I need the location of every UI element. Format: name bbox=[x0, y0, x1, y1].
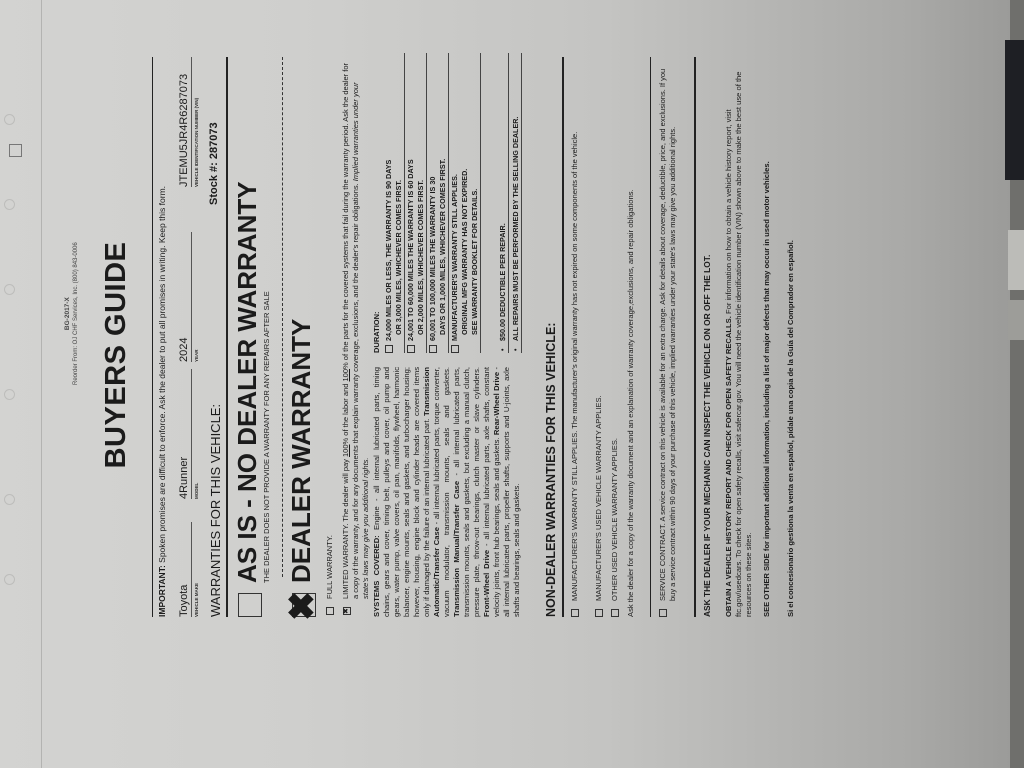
non-dealer-option[interactable]: MANUFACTURER'S WARRANTY STILL APPLIES. T… bbox=[570, 57, 580, 617]
background-object bbox=[1008, 300, 1024, 340]
vehicle-make-label: VEHICLE MAKE bbox=[194, 522, 199, 617]
vehicle-make-value: Toyota bbox=[178, 522, 192, 617]
background-object bbox=[1005, 40, 1024, 180]
vin-field[interactable]: JTEMU5JR4R6287073 VEHICLE IDENTIFICATION… bbox=[178, 57, 199, 187]
binder-margin-line bbox=[41, 0, 42, 768]
vehicle-year-field[interactable]: 2024 YEAR bbox=[178, 232, 199, 362]
labor-percent: 100 bbox=[341, 444, 350, 457]
option-label: OTHER USED VEHICLE WARRANTY APPLIES. bbox=[610, 57, 620, 617]
duration-line: DAYS OR 1,000 MILES, WHICHEVER COMES FIR… bbox=[438, 53, 448, 341]
see-other-side: SEE OTHER SIDE for important additional … bbox=[762, 57, 772, 617]
limited-warranty-text-part: % of the labor and bbox=[341, 384, 350, 445]
background-object bbox=[1008, 230, 1024, 290]
important-notice: IMPORTANT: Spoken promises are difficult… bbox=[152, 57, 167, 617]
duration-line: 60,001 TO 100,000 MILES THE WARRANTY IS … bbox=[428, 177, 437, 341]
punch-hole bbox=[4, 574, 15, 585]
duration-label: DURATION: bbox=[372, 311, 381, 353]
service-contract[interactable]: SERVICE CONTRACT. A service contract on … bbox=[658, 57, 678, 617]
punch-hole bbox=[4, 494, 15, 505]
spacer bbox=[482, 53, 496, 353]
duration-option[interactable]: 60,001 TO 100,000 MILES THE WARRANTY IS … bbox=[428, 53, 449, 353]
vehicle-info-row: Toyota VEHICLE MAKE 4Runner MODEL 2024 Y… bbox=[178, 57, 208, 617]
rwd-label: Rear-Wheel Drive bbox=[492, 372, 501, 435]
vehicle-model-label: MODEL bbox=[194, 369, 199, 499]
duration-line: 24,000 MILES OR LESS, THE WARRANTY IS 90… bbox=[384, 160, 393, 341]
vehicle-history-label: OBTAIN A VEHICLE HISTORY REPORT AND CHEC… bbox=[724, 316, 733, 617]
duration-option[interactable]: 24,001 TO 60,000 MILES THE WARRANTY IS 6… bbox=[406, 53, 427, 353]
option-label: MANUFACTURER'S WARRANTY STILL APPLIES. bbox=[570, 431, 579, 601]
duration-line: OR 2,000 MILES, WHICHEVER COMES FIRST. bbox=[416, 53, 426, 341]
fwd-label: Front-Wheel Drive bbox=[482, 550, 491, 617]
option-text: The manufacturer's original warranty has… bbox=[570, 132, 579, 429]
checkmark-x-icon: ✖ bbox=[284, 591, 320, 621]
punch-hole bbox=[4, 199, 15, 210]
repairs-bullet: ALL REPAIRS MUST BE PERFORMED BY THE SEL… bbox=[511, 53, 522, 353]
vehicle-model-value: 4Runner bbox=[178, 369, 192, 499]
divider bbox=[694, 57, 696, 617]
limited-warranty-label: LIMITED WARRANTY. bbox=[341, 524, 350, 599]
reorder-line: Reorder From: OJ CHF Services, Inc. (800… bbox=[73, 242, 79, 385]
spanish-notice: Si el concesionario gestiona la venta en… bbox=[786, 57, 796, 617]
buyers-guide-form: BG-2017-X Reorder From: OJ CHF Services,… bbox=[60, 25, 940, 635]
limited-warranty-text-part: The dealer will pay bbox=[341, 459, 350, 522]
vehicle-year-label: YEAR bbox=[194, 232, 199, 362]
warranties-heading: WARRANTIES FOR THIS VEHICLE: bbox=[208, 404, 223, 617]
duration-option[interactable]: 24,000 MILES OR LESS, THE WARRANTY IS 90… bbox=[384, 53, 405, 353]
form-id: BG-2017-X Reorder From: OJ CHF Services,… bbox=[64, 242, 80, 385]
page-title: BUYERS GUIDE bbox=[100, 75, 133, 635]
vin-value: JTEMU5JR4R6287073 bbox=[178, 57, 192, 187]
non-dealer-heading: NON-DEALER WARRANTIES FOR THIS VEHICLE: bbox=[544, 323, 558, 617]
limited-warranty-checkbox[interactable] bbox=[343, 607, 351, 615]
deductible-bullet: $50.00 DEDUCTIBLE PER REPAIR. bbox=[498, 53, 509, 353]
punch-hole bbox=[4, 389, 15, 400]
important-text: Spoken promises are difficult to enforce… bbox=[157, 186, 167, 563]
vehicle-history-paragraph: OBTAIN A VEHICLE HISTORY REPORT AND CHEC… bbox=[724, 57, 754, 617]
divider bbox=[562, 57, 564, 617]
vin-label: VEHICLE IDENTIFICATION NUMBER (VIN) bbox=[194, 57, 199, 187]
non-dealer-option[interactable]: MANUFACTURER'S USED VEHICLE WARRANTY APP… bbox=[594, 57, 604, 617]
duration-option[interactable]: MANUFACTURER'S WARRANTY STILL APPLIES. O… bbox=[450, 53, 481, 353]
manual-transmission-label: Transmission Manual/Transfer Case bbox=[452, 481, 461, 617]
duration-checkbox[interactable] bbox=[407, 345, 415, 353]
duration-checkbox[interactable] bbox=[451, 345, 459, 353]
dashed-divider bbox=[282, 57, 283, 577]
vehicle-make-field[interactable]: Toyota VEHICLE MAKE bbox=[178, 522, 199, 617]
duration-options: 24,000 MILES OR LESS, THE WARRANTY IS 90… bbox=[384, 53, 522, 353]
ask-copy-text: Ask the dealer for a copy of the warrant… bbox=[626, 57, 636, 617]
manufacturer-warranty-checkbox[interactable] bbox=[571, 609, 579, 617]
duration-checkbox[interactable] bbox=[429, 345, 437, 353]
form-number: BG-2017-X bbox=[64, 297, 71, 330]
punch-hole bbox=[4, 114, 15, 125]
divider bbox=[650, 57, 651, 617]
limited-warranty-text: LIMITED WARRANTY. The dealer will pay 10… bbox=[341, 59, 371, 599]
systems-covered: SYSTEMS COVERED: Engine - all internal l… bbox=[372, 367, 522, 617]
punch-hole bbox=[4, 284, 15, 295]
full-warranty-checkbox[interactable] bbox=[326, 607, 334, 615]
vehicle-year-value: 2024 bbox=[178, 232, 192, 362]
engine-label: Engine bbox=[372, 506, 381, 530]
duration-line: SEE WARRANTY BOOKLET FOR DETAILS. bbox=[470, 53, 480, 341]
service-contract-text: A service contract on this vehicle is av… bbox=[658, 69, 677, 601]
parts-percent: 100 bbox=[341, 369, 350, 382]
as-is-checkbox[interactable] bbox=[238, 593, 262, 617]
systems-covered-label: SYSTEMS COVERED: bbox=[372, 535, 381, 617]
other-used-warranty-checkbox[interactable] bbox=[611, 609, 619, 617]
service-contract-label: SERVICE CONTRACT. bbox=[658, 523, 667, 601]
non-dealer-option[interactable]: OTHER USED VEHICLE WARRANTY APPLIES. bbox=[610, 57, 620, 617]
corner-checkbox bbox=[9, 144, 22, 157]
as-is-title: AS IS - NO DEALER WARRANTY bbox=[232, 181, 263, 583]
duration-line: 24,001 TO 60,000 MILES THE WARRANTY IS 6… bbox=[406, 159, 415, 341]
important-label: IMPORTANT: bbox=[157, 565, 167, 617]
stock-number: Stock #: 287073 bbox=[208, 122, 220, 205]
service-contract-checkbox[interactable] bbox=[659, 609, 667, 617]
full-warranty-label: FULL WARRANTY. bbox=[325, 535, 335, 599]
duration-checkbox[interactable] bbox=[385, 345, 393, 353]
stock-label: Stock #: bbox=[208, 162, 220, 205]
as-is-subtitle: THE DEALER DOES NOT PROVIDE A WARRANTY F… bbox=[262, 291, 271, 583]
duration-line: MANUFACTURER'S WARRANTY STILL APPLIES. bbox=[450, 174, 459, 341]
mechanic-inspection-line: ASK THE DEALER IF YOUR MECHANIC CAN INSP… bbox=[702, 57, 713, 617]
stock-value: 287073 bbox=[208, 122, 220, 159]
duration-line: ORIGINAL MFG WARRANTY HAS NOT EXPIRED. bbox=[460, 53, 470, 341]
option-label: MANUFACTURER'S USED VEHICLE WARRANTY APP… bbox=[594, 57, 604, 617]
divider bbox=[226, 57, 228, 617]
duration-line: OR 3,000 MILES, WHICHEVER COMES FIRST. bbox=[394, 53, 404, 341]
dealer-warranty-title: DEALER WARRANTY bbox=[286, 319, 317, 583]
vehicle-model-field[interactable]: 4Runner MODEL bbox=[178, 369, 199, 499]
manufacturer-used-warranty-checkbox[interactable] bbox=[595, 609, 603, 617]
